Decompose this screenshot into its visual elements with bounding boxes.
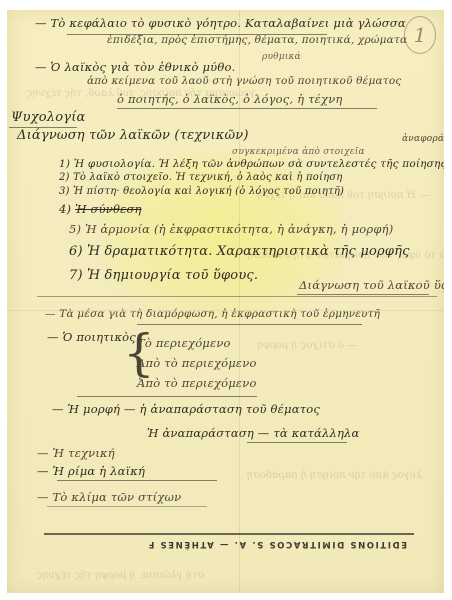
manuscript-page: γνώρισμα τῆς ποίησης, τοῦ λαοῦ, τῆς τέχν…	[7, 10, 444, 593]
bullet-3: — Ἡ μορφή — ἡ ἀναπαράσταση τοῦ θέματος	[52, 402, 320, 416]
letterhead-rule	[44, 533, 414, 535]
line-2-note: ρυθμικά	[262, 52, 301, 62]
list-text: Ἡ πίστη· θεολογία καὶ λογική (ὁ λόγος το…	[73, 186, 344, 197]
bullet-5: — Ἡ ρίμα ἡ λαϊκή	[37, 464, 145, 478]
list-text: Ἡ ἀρμονία (ἡ ἐκφραστικότητα, ἡ ἀνάγκη, ἡ…	[85, 222, 393, 236]
subheading: Διάγνωση τῶν λαϊκῶν (τεχνικῶν)	[17, 128, 249, 143]
line-3: — Ὁ λαϊκὸς γιὰ τὸν ἐθνικὸ μύθο.	[35, 60, 235, 74]
bullet-4: — Ἡ τεχνική	[37, 446, 115, 460]
bullet-2-item: Ἀπὸ τὸ περιεχόμενο	[137, 356, 257, 370]
line-5: ὁ ποιητής, ὁ λαϊκὸς, ὁ λόγος, ἡ τέχνη	[117, 92, 343, 106]
list-item-5: 5) Ἡ ἀρμονία (ἡ ἐκφραστικότητα, ἡ ἀνάγκη…	[69, 222, 393, 236]
list-number: 1)	[59, 158, 70, 170]
section-divider	[37, 296, 437, 297]
underline	[77, 396, 257, 397]
list-text: Ἡ σύνθεση	[75, 202, 142, 216]
margin-note: ἀναφορά	[402, 134, 444, 144]
list-number: 6)	[69, 244, 83, 259]
show-through-text: στὴ γλῶσσα, ἡ μορφὴ τῆς τέχνης	[37, 570, 204, 581]
bullet-2-item: Ἀπὸ τὸ περιεχόμενο	[137, 376, 257, 390]
list-footer-note: Διάγνωση τοῦ λαϊκοῦ ὕφους	[299, 278, 444, 292]
line-4: ἀπὸ κείμενα τοῦ λαοῦ στὴ γνώση τοῦ ποιητ…	[87, 75, 401, 87]
list-item-6: 6) Ἡ δραματικότητα. Χαρακτηριστικὰ τῆς μ…	[69, 244, 410, 259]
list-text: Ἡ δημιουργία τοῦ ὕφους.	[87, 268, 258, 283]
list-number: 5)	[69, 222, 81, 236]
underline	[247, 442, 347, 443]
show-through-text: λόγος ἀπὸ τὴν ποίηση ἡ παράδοση	[247, 470, 422, 481]
bullet-6: — Τὸ κλίμα τῶν στίχων	[37, 490, 181, 504]
list-text: Τὸ λαϊκὸ στοιχεῖο. Ἡ τεχνική, ὁ λαὸς καὶ…	[73, 172, 342, 183]
list-number: 3)	[59, 186, 70, 197]
list-number: 2)	[59, 172, 70, 183]
underline	[47, 506, 207, 507]
list-item-7: 7) Ἡ δημιουργία τοῦ ὕφους.	[69, 268, 258, 283]
line-2: ἐπιδέξια, πρὸς ἐπιστήμης, θέματα, ποιητι…	[107, 34, 407, 46]
page-number-circle: 1	[404, 16, 436, 54]
underline	[57, 480, 217, 481]
list-text: Ἡ φυσιολογία. Ἡ λέξη τῶν ἀνθρώπων σὰ συν…	[74, 158, 444, 170]
letterhead-text: EDITIONS DIMITRACOS S. A. — ATHÈNES F	[157, 539, 407, 549]
bullet-2-item: Τὸ περιεχόμενο	[137, 336, 231, 350]
list-item-4: 4) Ἡ σύνθεση	[59, 202, 142, 216]
underline	[117, 108, 377, 109]
bullet-1: — Τὰ μέσα γιὰ τὴ διαμόρφωση, ἡ ἐκφραστικ…	[45, 308, 380, 320]
list-number: 7)	[69, 268, 83, 283]
show-through-text: — ὁ στίχος ἡ μορφὴ	[257, 340, 357, 351]
list-item-2: 2) Τὸ λαϊκὸ στοιχεῖο. Ἡ τεχνική, ὁ λαὸς …	[59, 172, 342, 183]
underline	[137, 324, 362, 325]
line-1: — Τὸ κεφάλαιο τὸ φυσικὸ γόητρο. Καταλαβα…	[35, 16, 406, 30]
list-item-3: 3) Ἡ πίστη· θεολογία καὶ λογική (ὁ λόγος…	[59, 186, 344, 197]
heading: Ψυχολογία	[11, 110, 86, 125]
list-item-1: 1) Ἡ φυσιολογία. Ἡ λέξη τῶν ἀνθρώπων σὰ …	[59, 158, 444, 170]
list-number: 4)	[59, 202, 71, 216]
small-note: συγκεκριμένα ἀπὸ στοιχεῖα	[232, 147, 365, 157]
underline	[297, 294, 429, 295]
list-text: Ἡ δραματικότητα. Χαρακτηριστικὰ τῆς μορφ…	[87, 244, 410, 259]
bullet-3-sub: Ἡ ἀναπαράσταση — τὰ κατάλληλα	[147, 426, 360, 440]
